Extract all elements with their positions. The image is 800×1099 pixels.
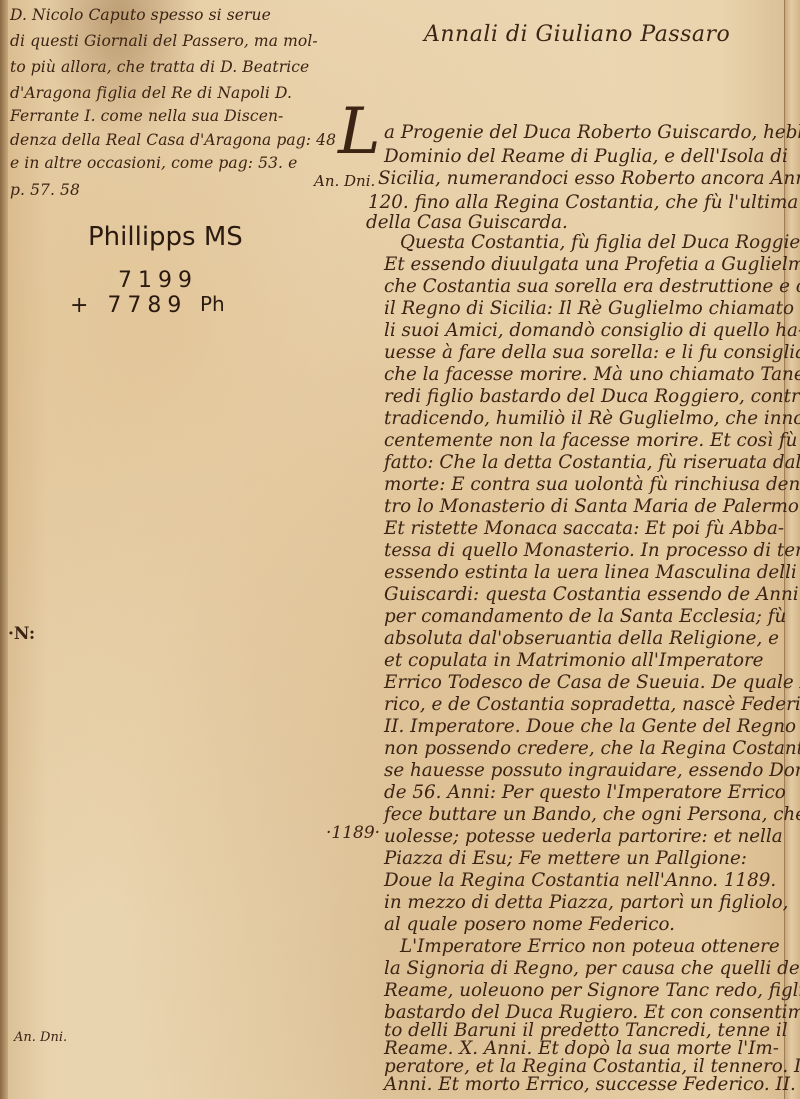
body-line: uolesse; potesse uederla partorire: et n… (384, 826, 783, 847)
margin-note-an-dni-bottom: An. Dni. (14, 1030, 67, 1045)
body-line: Sicilia, numerandoci esso Roberto ancora… (378, 168, 800, 189)
body-line: absoluta dal'obseruantia della Religione… (384, 628, 779, 649)
margin-note-an-dni: An. Dni. (314, 172, 375, 190)
page-binding-edge (0, 0, 8, 1099)
body-line: uesse à fare della sua sorella: e li fu … (384, 342, 800, 363)
margin-note-year: ·1189· (326, 823, 380, 843)
manuscript-page: D. Nicolo Caputo spesso si serue di ques… (0, 0, 800, 1099)
body-line: II. Imperatore. Doue che la Gente del Re… (384, 716, 796, 737)
note-line: p. 57. 58 (10, 181, 80, 199)
body-line: fatto: Che la detta Costantia, fù riseru… (384, 452, 800, 473)
shelfmark-suffix: Ph (200, 292, 225, 316)
body-line: fece buttare un Bando, che ogni Persona,… (384, 804, 800, 825)
body-line: et copulata in Matrimonio all'Imperatore (384, 650, 764, 671)
note-line: denza della Real Casa d'Aragona pag: 48 (10, 131, 336, 149)
margin-note-n: ·N: (8, 624, 35, 644)
body-line: non possendo credere, che la Regina Cost… (384, 738, 800, 759)
shelfmark-label: Phillipps MS (88, 222, 243, 252)
body-line: la Signoria di Regno, per causa che quel… (384, 958, 800, 979)
body-line: al quale posero nome Federico. (384, 914, 675, 935)
note-line: di questi Giornali del Passero, ma mol- (10, 32, 318, 50)
body-line: se hauesse possuto ingrauidare, essendo … (384, 760, 800, 781)
body-line: Anni. Et morto Errico, successe Federico… (384, 1074, 796, 1095)
shelfmark-number-bottom: + 7789 (70, 293, 187, 318)
body-line: il Regno di Sicilia: Il Rè Guglielmo chi… (384, 298, 794, 319)
body-line: tradicendo, humiliò il Rè Guglielmo, che… (384, 408, 800, 429)
body-line: centemente non la facesse morire. Et cos… (384, 430, 797, 451)
body-line: Guiscardi: questa Costantia essendo de A… (384, 584, 800, 605)
body-line: per comandamento de la Santa Ecclesia; f… (384, 606, 786, 627)
body-line: Et essendo diuulgata una Profetia a Gugl… (384, 254, 800, 275)
body-line: Questa Costantia, fù figlia del Duca Rog… (400, 232, 800, 253)
body-line: che la facesse morire. Mà uno chiamato T… (384, 364, 800, 385)
body-line: Et ristette Monaca saccata: Et poi fù Ab… (384, 518, 784, 539)
body-line: tro lo Monasterio di Santa Maria de Pale… (384, 496, 800, 517)
body-line: redi figlio bastardo del Duca Roggiero, … (384, 386, 800, 407)
body-line: li suoi Amici, domandò consiglio di quel… (384, 320, 800, 341)
page-title: Annali di Giuliano Passaro (424, 22, 730, 47)
body-line: a Progenie del Duca Roberto Guiscardo, h… (384, 122, 800, 143)
note-line: to più allora, che tratta di D. Beatrice (10, 58, 309, 76)
body-line: Doue la Regina Costantia nell'Anno. 1189… (384, 870, 776, 891)
note-line: e in altre occasioni, come pag: 53. e (10, 154, 297, 172)
body-line: tessa di quello Monasterio. In processo … (384, 540, 800, 561)
body-line: Piazza di Esu; Fe mettere un Pallgione: (384, 848, 747, 869)
body-line: che Costantia sua sorella era destruttio… (384, 276, 800, 297)
body-line: rico, e de Costantia sopradetta, nascè F… (384, 694, 800, 715)
body-line: essendo estinta la uera linea Masculina … (384, 562, 797, 583)
note-line: Ferrante I. come nella sua Discen- (10, 107, 283, 125)
body-line: della Casa Guiscarda. (366, 212, 568, 233)
body-line: L'Imperatore Errico non poteua ottenere (400, 936, 780, 957)
body-line: in mezzo di detta Piazza, partorì un fig… (384, 892, 789, 913)
body-line: morte: E contra sua uolontà fù rinchiusa… (384, 474, 800, 495)
body-line: Errico Todesco de Casa de Sueuia. De qua… (384, 672, 800, 693)
shelfmark-number-top: 7199 (118, 268, 198, 293)
note-line: d'Aragona figlia del Re di Napoli D. (10, 84, 292, 102)
body-line: Dominio del Reame di Puglia, e dell'Isol… (384, 146, 788, 167)
body-line: de 56. Anni: Per questo l'Imperatore Err… (384, 782, 786, 803)
body-line: 120. fino alla Regina Costantia, che fù … (368, 192, 798, 213)
drop-initial: L (338, 100, 381, 164)
note-line: D. Nicolo Caputo spesso si serue (10, 6, 271, 24)
body-line: Reame, uoleuono per Signore Tanc redo, f… (384, 980, 800, 1001)
